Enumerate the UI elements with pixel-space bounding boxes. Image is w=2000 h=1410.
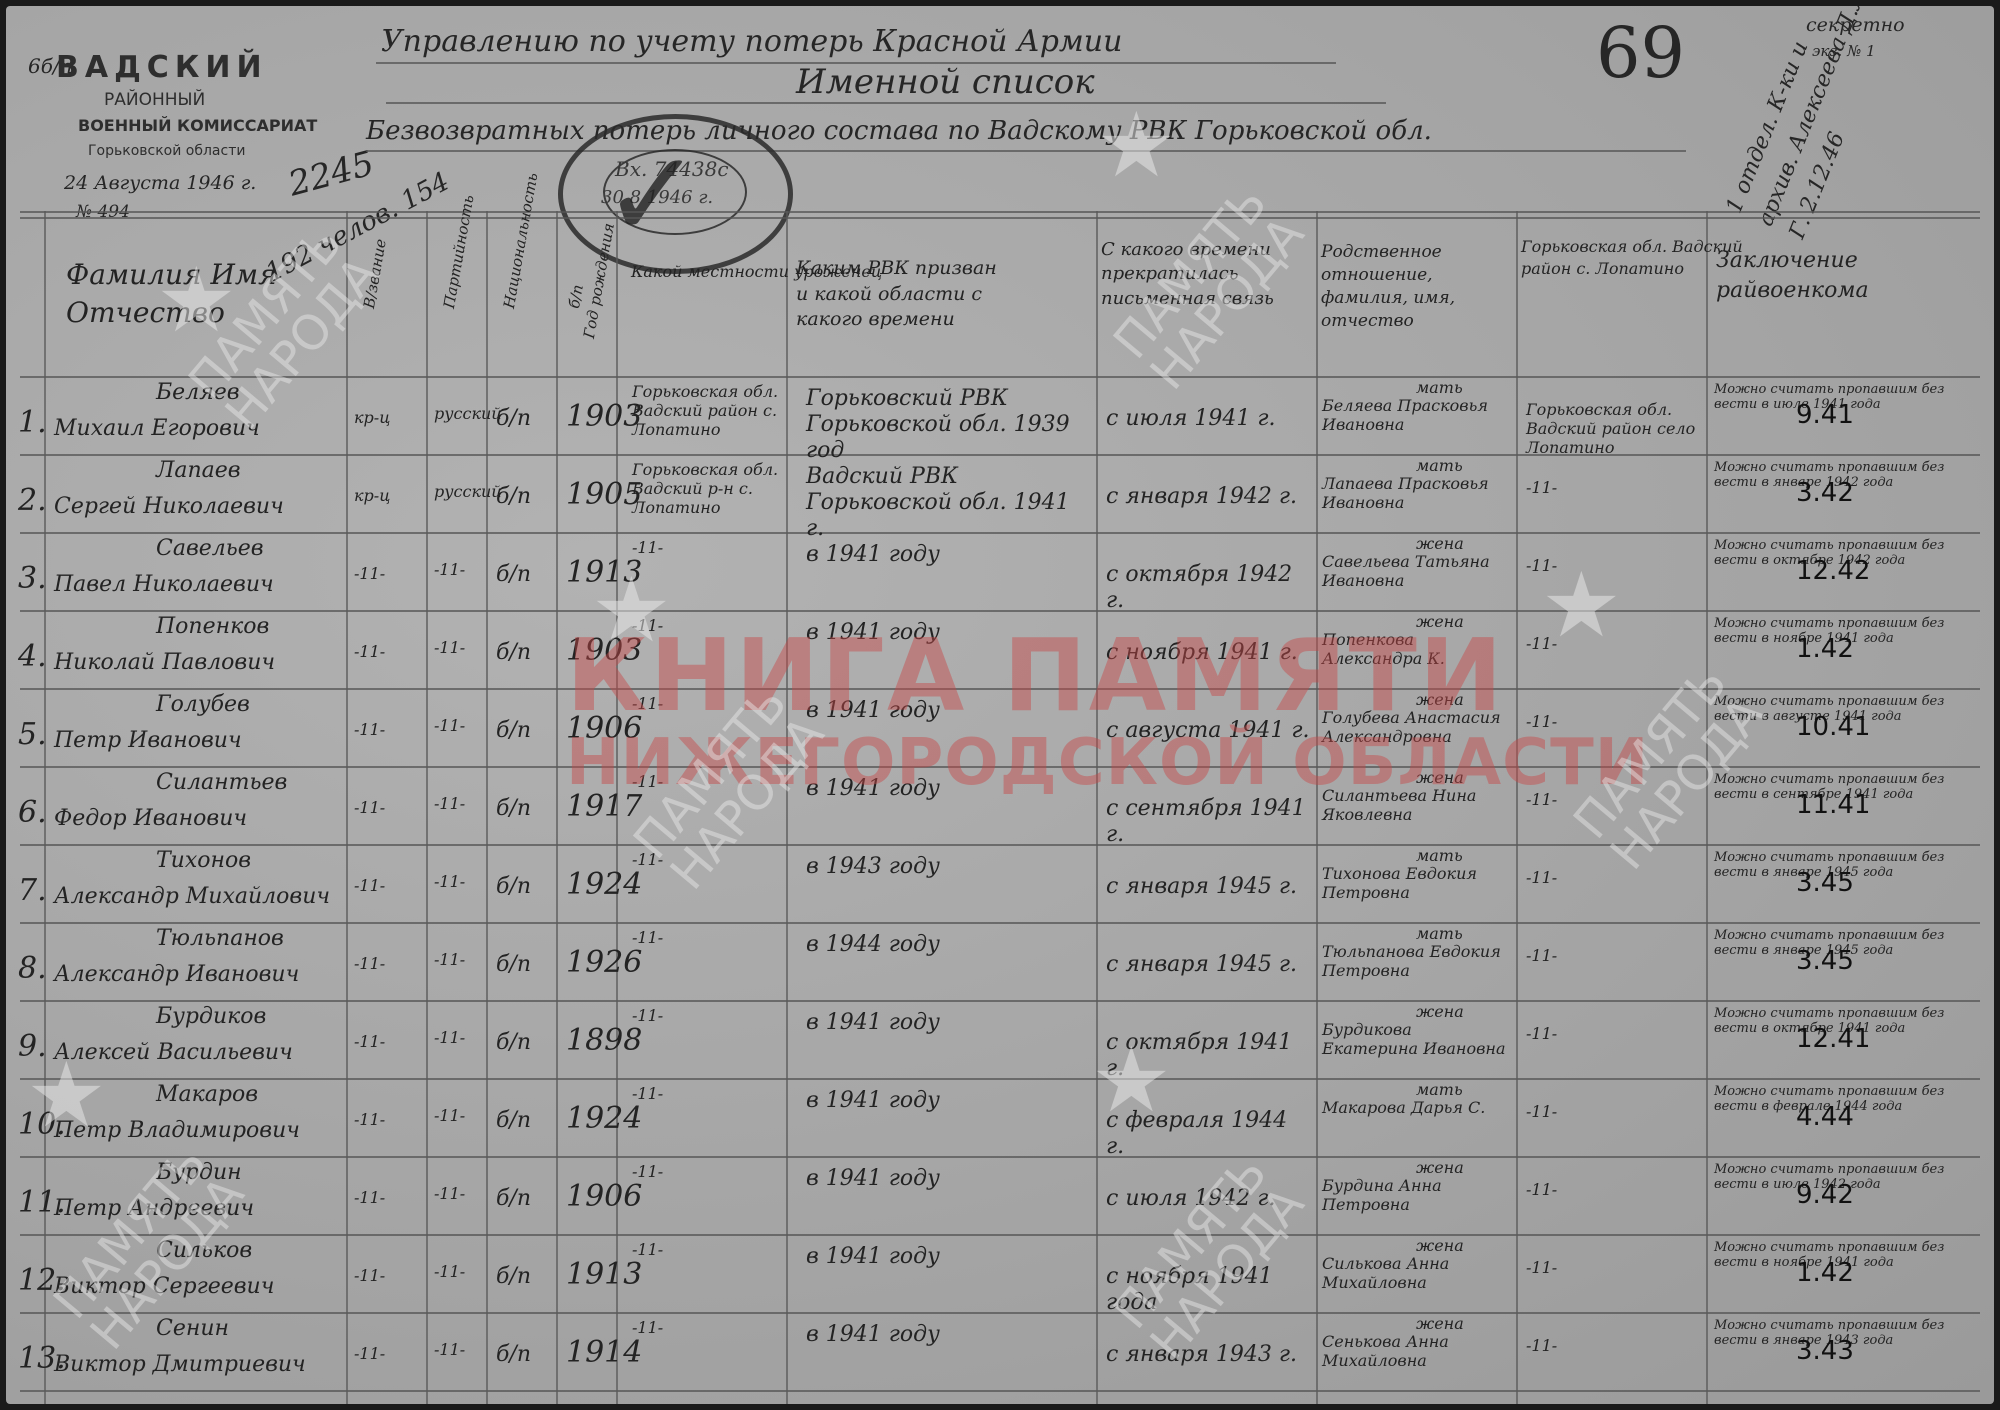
draft-info: Горьковский РВК Горьковской обл. 1939 го… [806, 386, 1086, 464]
draft-info: в 1941 году [806, 1322, 1086, 1348]
relative-relation: мать [1416, 456, 1463, 475]
relative-name: Савельева Татьяна Ивановна [1322, 552, 1512, 590]
relative-relation: жена [1416, 1158, 1464, 1177]
relative-name: Тихонова Евдокия Петровна [1322, 864, 1512, 902]
relative-relation: жена [1416, 1236, 1464, 1255]
sheet-number: 69 [1596, 12, 1685, 94]
draft-info: в 1944 году [806, 932, 1086, 958]
party-status: б/п [496, 1264, 531, 1290]
column-header-relatives: Родственное отношение, фамилия, имя, отч… [1321, 241, 1499, 333]
party-status: б/п [496, 562, 531, 588]
birthplace: -11- [632, 1318, 782, 1337]
soldier-surname: Голубев [156, 692, 250, 718]
letterhead-date: 24 Августа 1946 г. [64, 172, 256, 194]
soldier-surname: Тюльпанов [156, 926, 284, 952]
relative-relation: мать [1416, 924, 1463, 943]
star-icon: ★ [26, 1051, 107, 1141]
soldier-nationality: -11- [434, 638, 465, 657]
relative-address: -11- [1526, 1102, 1701, 1121]
birth-year: 1898 [566, 1028, 642, 1054]
document-subtitle: Безвозвратных потерь личного состава по … [366, 116, 1432, 146]
party-status: б/п [496, 1030, 531, 1056]
relative-relation: мать [1416, 846, 1463, 865]
soldier-nationality: -11- [434, 1028, 465, 1047]
soldier-given-name: Павел Николаевич [54, 572, 344, 598]
relative-address: -11- [1526, 1336, 1701, 1355]
column-header-drafted: Каким РВК призван и какой области с како… [796, 256, 1004, 333]
soldier-nationality: -11- [434, 1106, 465, 1125]
relative-relation: мать [1416, 378, 1463, 397]
relative-relation: жена [1416, 1002, 1464, 1021]
reference-number: 2245 [284, 143, 378, 204]
star-icon: ★ [1541, 561, 1622, 651]
party-status: б/п [496, 718, 531, 744]
letters-ceased: с июля 1941 г. [1106, 406, 1311, 432]
row-number: 7. [18, 878, 47, 904]
addressee: Управлению по учету потерь Красной Армии [381, 24, 1122, 59]
soldier-nationality: -11- [434, 1262, 465, 1281]
conclusion-code: 10.41 [1796, 714, 1870, 740]
birth-year: 1924 [566, 1106, 642, 1132]
relative-address: Горьковская обл. Вадский район село Лопа… [1526, 400, 1701, 457]
relative-name: Макарова Дарья С. [1322, 1098, 1512, 1117]
soldier-surname: Сенин [156, 1316, 229, 1342]
conclusion-code: 3.42 [1796, 480, 1854, 506]
soldier-nationality: -11- [434, 1184, 465, 1203]
soldier-rank: -11- [354, 1266, 385, 1285]
conclusion-code: 11.41 [1796, 792, 1870, 818]
soldier-rank: -11- [354, 1032, 385, 1051]
conclusion-code: 3.45 [1796, 870, 1854, 896]
conclusion-code: 3.45 [1796, 948, 1854, 974]
column-header-conclusion: Заключение райвоенкома [1716, 246, 1994, 305]
conclusion-code: 9.42 [1796, 1182, 1854, 1208]
soldier-surname: Силантьев [156, 770, 287, 796]
soldier-nationality: -11- [434, 950, 465, 969]
birth-year: 1913 [566, 1262, 642, 1288]
relative-name: Бурдина Анна Петровна [1322, 1176, 1512, 1214]
relative-name: Бурдикова Екатерина Ивановна [1322, 1020, 1512, 1058]
soldier-rank: кр-ц [354, 486, 390, 505]
draft-info: в 1941 году [806, 1010, 1086, 1036]
soldier-rank: -11- [354, 954, 385, 973]
birthplace: -11- [632, 928, 782, 947]
relative-address: -11- [1526, 868, 1701, 887]
draft-info: в 1941 году [806, 542, 1086, 568]
relative-name: Силькова Анна Михайловна [1322, 1254, 1512, 1292]
birthplace: Горьковская обл. Вадский район с. Лопати… [632, 382, 782, 439]
soldier-surname: Тихонов [156, 848, 251, 874]
conclusion-code: 3.43 [1796, 1338, 1854, 1364]
letters-ceased: с октября 1942 г. [1106, 562, 1311, 614]
letterhead-line3: ВОЕННЫЙ КОМИССАРИАТ [78, 116, 317, 135]
birthplace: -11- [632, 1006, 782, 1025]
relative-relation: жена [1416, 1314, 1464, 1333]
soldier-given-name: Петр Иванович [54, 728, 344, 754]
row-number: 4. [18, 644, 47, 670]
birthplace: -11- [632, 1084, 782, 1103]
relative-name: Лапаева Прасковья Ивановна [1322, 474, 1512, 512]
relative-name: Тюльпанова Евдокия Петровна [1322, 942, 1512, 980]
column-header-nationality: Национальность [496, 171, 545, 311]
soldier-rank: -11- [354, 876, 385, 895]
soldier-rank: -11- [354, 1188, 385, 1207]
letters-ceased: с января 1943 г. [1106, 1342, 1311, 1368]
row-number: 1. [18, 410, 47, 436]
soldier-nationality: русский [434, 482, 502, 501]
margin-note: 1 отдел. К-ки и архив. Алексеева Д.Л. Г.… [1718, 6, 1910, 244]
letterhead-district: ВАДСКИЙ [56, 50, 268, 85]
birth-year: 1903 [566, 404, 642, 430]
conclusion-code: 1.42 [1796, 1260, 1854, 1286]
relative-address: -11- [1526, 1258, 1701, 1277]
birth-year: 1905 [566, 482, 642, 508]
soldier-nationality: русский [434, 404, 502, 423]
letterhead-line4: Горьковской области [88, 143, 245, 159]
birthplace: -11- [632, 1162, 782, 1181]
party-status: б/п [496, 1342, 531, 1368]
letters-ceased: с января 1942 г. [1106, 484, 1311, 510]
party-status: б/п [496, 796, 531, 822]
birthplace: -11- [632, 538, 782, 557]
party-status: б/п [496, 406, 531, 432]
soldier-surname: Бурдиков [156, 1004, 266, 1030]
star-icon: ★ [1091, 1036, 1172, 1126]
row-number: 5. [18, 722, 47, 748]
party-status: б/п [496, 484, 531, 510]
soldier-rank: кр-ц [354, 408, 390, 427]
party-status: б/п [496, 1186, 531, 1212]
soldier-nationality: -11- [434, 560, 465, 579]
soldier-surname: Савельев [156, 536, 264, 562]
relative-address: -11- [1526, 478, 1701, 497]
draft-info: в 1941 году [806, 1244, 1086, 1270]
conclusion-code: 12.42 [1796, 558, 1870, 584]
relative-relation: жена [1416, 534, 1464, 553]
letterhead-line2: РАЙОННЫЙ [104, 90, 205, 110]
soldier-rank: -11- [354, 1344, 385, 1363]
relative-relation: мать [1416, 1080, 1463, 1099]
letters-ceased: с января 1945 г. [1106, 874, 1311, 900]
soldier-given-name: Александр Михайлович [54, 884, 344, 910]
soldier-given-name: Сергей Николаевич [54, 494, 344, 520]
soldier-surname: Макаров [156, 1082, 258, 1108]
relative-address: -11- [1526, 1180, 1701, 1199]
soldier-rank: -11- [354, 642, 385, 661]
soldier-nationality: -11- [434, 716, 465, 735]
row-number: 8. [18, 956, 47, 982]
relative-address: -11- [1526, 1024, 1701, 1043]
soldier-given-name: Федор Иванович [54, 806, 344, 832]
soldier-nationality: -11- [434, 1340, 465, 1359]
letters-ceased: с сентября 1941 г. [1106, 796, 1311, 848]
soldier-given-name: Александр Иванович [54, 962, 344, 988]
star-icon: ★ [591, 566, 672, 656]
soldier-nationality: -11- [434, 794, 465, 813]
conclusion-code: 1.42 [1796, 636, 1854, 662]
soldier-given-name: Николай Павлович [54, 650, 344, 676]
birthplace: -11- [632, 1240, 782, 1259]
row-number: 2. [18, 488, 47, 514]
relative-address: -11- [1526, 946, 1701, 965]
document-title: Именной список [796, 62, 1095, 102]
soldier-surname: Лапаев [156, 458, 241, 484]
soldier-rank: -11- [354, 564, 385, 583]
birthplace: Горьковская обл. Вадский р-н с. Лопатино [632, 460, 782, 517]
party-status: б/п [496, 1108, 531, 1134]
draft-info: Вадский РВК Горьковской обл. 1941 г. [806, 464, 1086, 542]
soldier-given-name: Виктор Дмитриевич [54, 1352, 344, 1378]
conclusion-code: 4.44 [1796, 1104, 1854, 1130]
conclusion-code: 9.41 [1796, 402, 1854, 428]
row-number: 3. [18, 566, 47, 592]
party-status: б/п [496, 640, 531, 666]
birth-year: 1906 [566, 1184, 642, 1210]
draft-info: в 1941 году [806, 1166, 1086, 1192]
soldier-rank: -11- [354, 1110, 385, 1129]
soldier-rank: -11- [354, 798, 385, 817]
draft-info: в 1941 году [806, 1088, 1086, 1114]
soldier-surname: Попенков [156, 614, 269, 640]
draft-info: в 1943 году [806, 854, 1086, 880]
party-status: б/п [496, 952, 531, 978]
row-number: 6. [18, 800, 47, 826]
watermark-book-of-memory: КНИГА ПАМЯТИ [566, 626, 1505, 726]
soldier-given-name: Михаил Егорович [54, 416, 344, 442]
document-page: 6б/п ВАДСКИЙ РАЙОННЫЙ ВОЕННЫЙ КОМИССАРИА… [6, 6, 1994, 1404]
soldier-nationality: -11- [434, 872, 465, 891]
relative-name: Сенькова Анна Михайловна [1322, 1332, 1512, 1370]
soldier-rank: -11- [354, 720, 385, 739]
party-status: б/п [496, 874, 531, 900]
birth-year: 1926 [566, 950, 642, 976]
birth-year: 1924 [566, 872, 642, 898]
watermark-pamyat: ПАМЯТЬНАРОДА [1106, 1148, 1312, 1368]
relative-name: Беляева Прасковья Ивановна [1322, 396, 1512, 434]
star-icon: ★ [1096, 101, 1177, 191]
conclusion-code: 12.41 [1796, 1026, 1870, 1052]
letters-ceased: с января 1945 г. [1106, 952, 1311, 978]
birth-year: 1914 [566, 1340, 642, 1366]
